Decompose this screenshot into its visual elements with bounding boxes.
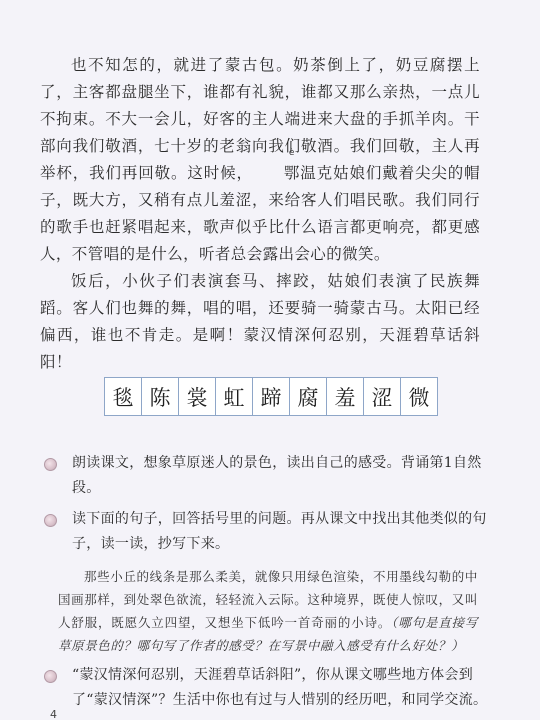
char-cell: 腐: [290, 378, 327, 415]
annotated-char: 鄂: [284, 164, 300, 182]
passage: 也不知怎的，就进了蒙古包。奶茶倒上了，奶豆腐摆上了，主客都盘腿坐下，谁都有礼貌，…: [40, 52, 480, 376]
pinyin-annotated-char: è鄂: [253, 160, 300, 187]
exercise-3: “蒙汉情深何忍别，天涯碧草话斜阳”，你从课文哪些地方体会到了“蒙汉情深”？生活中…: [44, 663, 496, 713]
circle-bullet-icon: [44, 514, 57, 527]
exercises: 朗读课文，想象草原迷人的景色，读出自己的感受。背诵第1自然段。 读下面的句子，回…: [44, 451, 496, 713]
char-cell: 微: [401, 378, 437, 415]
textbook-page: 也不知怎的，就进了蒙古包。奶茶倒上了，奶豆腐摆上了，主客都盘腿坐下，谁都有礼貌，…: [0, 0, 540, 720]
char-cell: 羞: [327, 378, 364, 415]
circle-bullet-icon: [44, 458, 57, 471]
char-cell: 陈: [142, 378, 179, 415]
exercise-2-text: 读下面的句子，回答括号里的问题。再从课文中找出其他类似的句子，读一读，抄写下来。: [72, 507, 496, 557]
exercise-3-text: “蒙汉情深何忍别，天涯碧草话斜阳”，你从课文哪些地方体会到了“蒙汉情深”？生活中…: [72, 663, 496, 713]
paragraph-1: 也不知怎的，就进了蒙古包。奶茶倒上了，奶豆腐摆上了，主客都盘腿坐下，谁都有礼貌，…: [40, 52, 480, 268]
char-cell: 裳: [179, 378, 216, 415]
exercise-2-body: 读下面的句子，回答括号里的问题。再从课文中找出其他类似的句子，读一读，抄写下来。…: [72, 507, 496, 657]
char-cell: 毯: [105, 378, 142, 415]
char-cell: 涩: [364, 378, 401, 415]
page-number: 4: [50, 708, 57, 720]
paragraph-2: 饭后，小伙子们表演套马、摔跤，姑娘们表演了民族舞蹈。客人们也舞的舞，唱的唱，还要…: [40, 268, 480, 376]
exercise-2-quote: 那些小丘的线条是那么柔美，就像只用绿色渲染，不用墨线勾勒的中国画那样，到处翠色欲…: [58, 565, 478, 657]
circle-bullet-icon: [44, 670, 57, 683]
pinyin-mark: è: [258, 149, 295, 158]
exercise-2: 读下面的句子，回答括号里的问题。再从课文中找出其他类似的句子，读一读，抄写下来。…: [44, 507, 496, 657]
char-cell: 蹄: [253, 378, 290, 415]
exercise-1-text: 朗读课文，想象草原迷人的景色，读出自己的感受。背诵第1自然段。: [72, 451, 496, 501]
exercise-1: 朗读课文，想象草原迷人的景色，读出自己的感受。背诵第1自然段。: [44, 451, 496, 501]
new-characters-grid: 毯 陈 裳 虹 蹄 腐 羞 涩 微: [104, 377, 438, 416]
char-cell: 虹: [216, 378, 253, 415]
